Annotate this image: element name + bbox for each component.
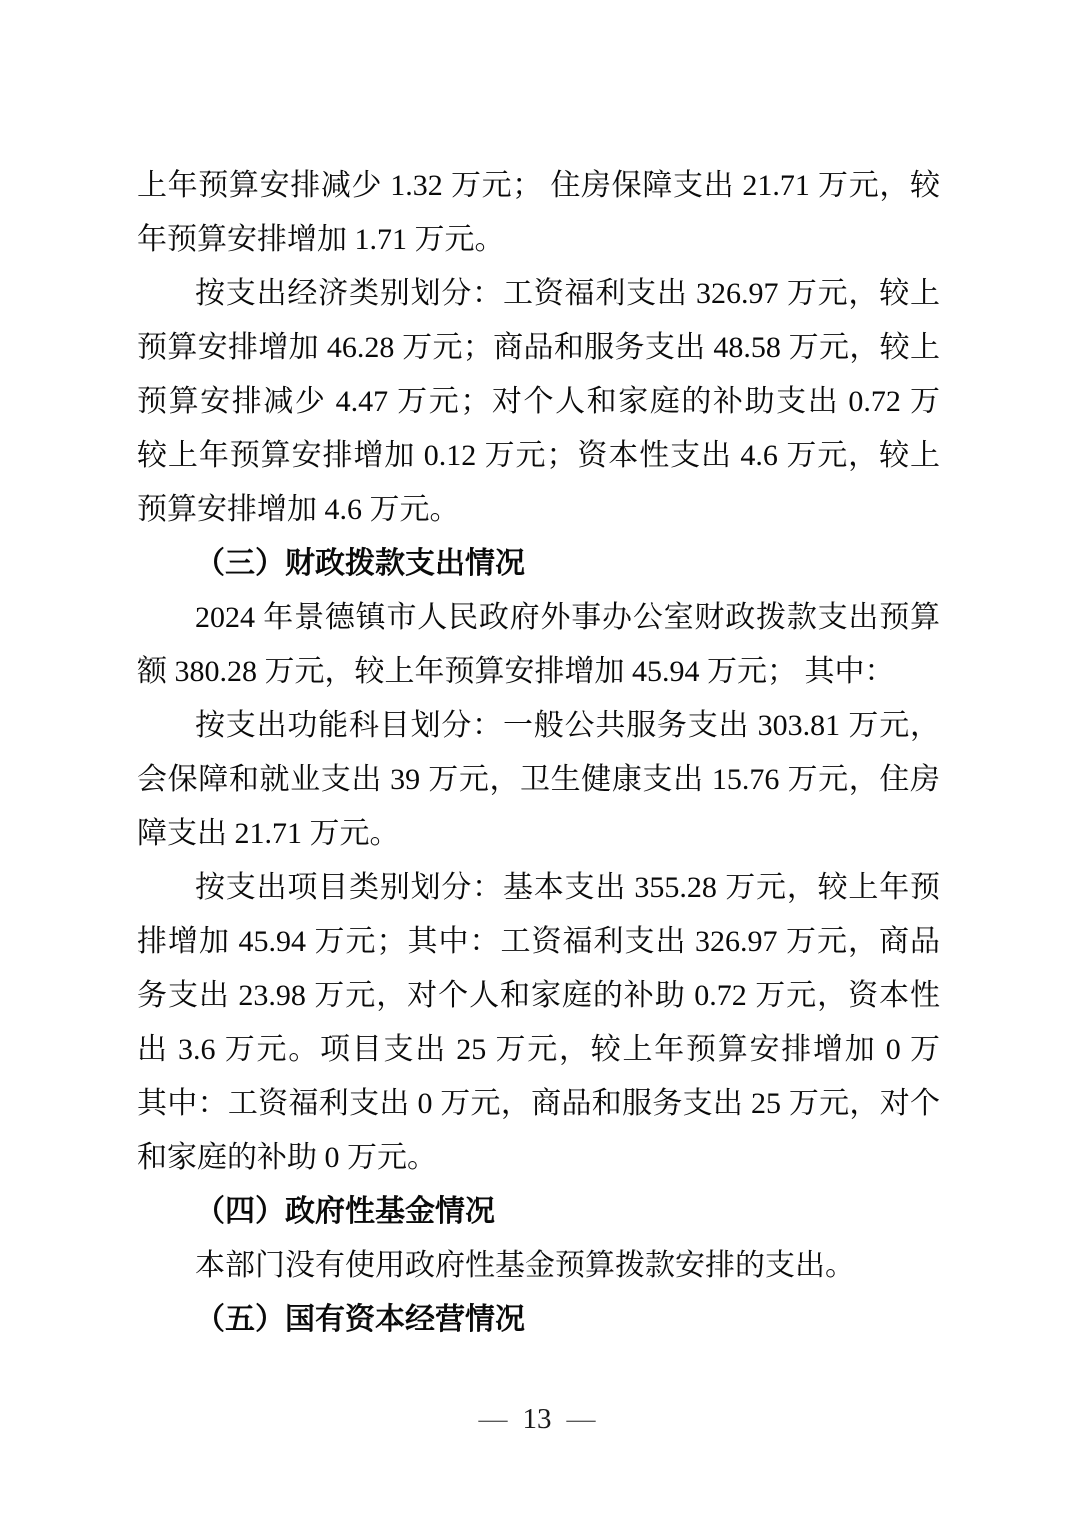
text-line: 其中：工资福利支出 0 万元，商品和服务支出 25 万元，对个人 — [137, 1077, 940, 1131]
text-line: 障支出 21.71 万元。 — [137, 807, 940, 861]
text-line: 上年预算安排减少 1.32 万元； 住房保障支出 21.71 万元，较上 — [137, 159, 940, 213]
paragraph-fiscal-appropriation-total: 2024 年景德镇市人民政府外事办公室财政拨款支出预算总 额 380.28 万元… — [137, 591, 940, 699]
text-line: 按支出项目类别划分：基本支出 355.28 万元，较上年预算安 — [137, 861, 940, 915]
text-line: 本部门没有使用政府性基金预算拨款安排的支出。 — [137, 1239, 940, 1293]
section-heading: （三）财政拨款支出情况 — [137, 537, 940, 591]
section-heading-3: （三）财政拨款支出情况 — [137, 537, 940, 591]
section-heading: （四）政府性基金情况 — [137, 1185, 940, 1239]
document-body: 上年预算安排减少 1.32 万元； 住房保障支出 21.71 万元，较上 年预算… — [137, 159, 940, 1347]
section-heading-5: （五）国有资本经营情况 — [137, 1293, 940, 1347]
text-line: 按支出功能科目划分：一般公共服务支出 303.81 万元，社 — [137, 699, 940, 753]
text-line: 预算安排增加 46.28 万元；商品和服务支出 48.58 万元，较上年 — [137, 321, 940, 375]
text-line: 预算安排减少 4.47 万元；对个人和家庭的补助支出 0.72 万元， — [137, 375, 940, 429]
footer-dash-left: — — [479, 1403, 508, 1435]
text-line: 按支出经济类别划分：工资福利支出 326.97 万元，较上年 — [137, 267, 940, 321]
section-heading-4: （四）政府性基金情况 — [137, 1185, 940, 1239]
text-line: 较上年预算安排增加 0.12 万元；资本性支出 4.6 万元，较上年 — [137, 429, 940, 483]
paragraph-government-fund: 本部门没有使用政府性基金预算拨款安排的支出。 — [137, 1239, 940, 1293]
text-line: 排增加 45.94 万元；其中：工资福利支出 326.97 万元，商品和服 — [137, 915, 940, 969]
page-number: 13 — [523, 1403, 552, 1435]
paragraph-expense-by-function: 按支出功能科目划分：一般公共服务支出 303.81 万元，社 会保障和就业支出 … — [137, 699, 940, 861]
document-page: 上年预算安排减少 1.32 万元； 住房保障支出 21.71 万元，较上 年预算… — [0, 0, 1074, 1520]
text-line: 年预算安排增加 1.71 万元。 — [137, 213, 940, 267]
paragraph-expense-by-project-type: 按支出项目类别划分：基本支出 355.28 万元，较上年预算安 排增加 45.9… — [137, 861, 940, 1185]
paragraph-expense-by-economic-class: 按支出经济类别划分：工资福利支出 326.97 万元，较上年 预算安排增加 46… — [137, 267, 940, 537]
text-line: 会保障和就业支出 39 万元，卫生健康支出 15.76 万元，住房保 — [137, 753, 940, 807]
section-heading: （五）国有资本经营情况 — [137, 1293, 940, 1347]
text-line: 2024 年景德镇市人民政府外事办公室财政拨款支出预算总 — [137, 591, 940, 645]
text-line: 务支出 23.98 万元，对个人和家庭的补助 0.72 万元，资本性支 — [137, 969, 940, 1023]
text-line: 额 380.28 万元，较上年预算安排增加 45.94 万元； 其中： — [137, 645, 940, 699]
page-footer: —13— — [0, 1398, 1074, 1440]
text-line: 预算安排增加 4.6 万元。 — [137, 483, 940, 537]
paragraph-continuation: 上年预算安排减少 1.32 万元； 住房保障支出 21.71 万元，较上 年预算… — [137, 159, 940, 267]
text-line: 和家庭的补助 0 万元。 — [137, 1131, 940, 1185]
footer-dash-right: — — [567, 1403, 596, 1435]
text-line: 出 3.6 万元。项目支出 25 万元，较上年预算安排增加 0 万元； — [137, 1023, 940, 1077]
